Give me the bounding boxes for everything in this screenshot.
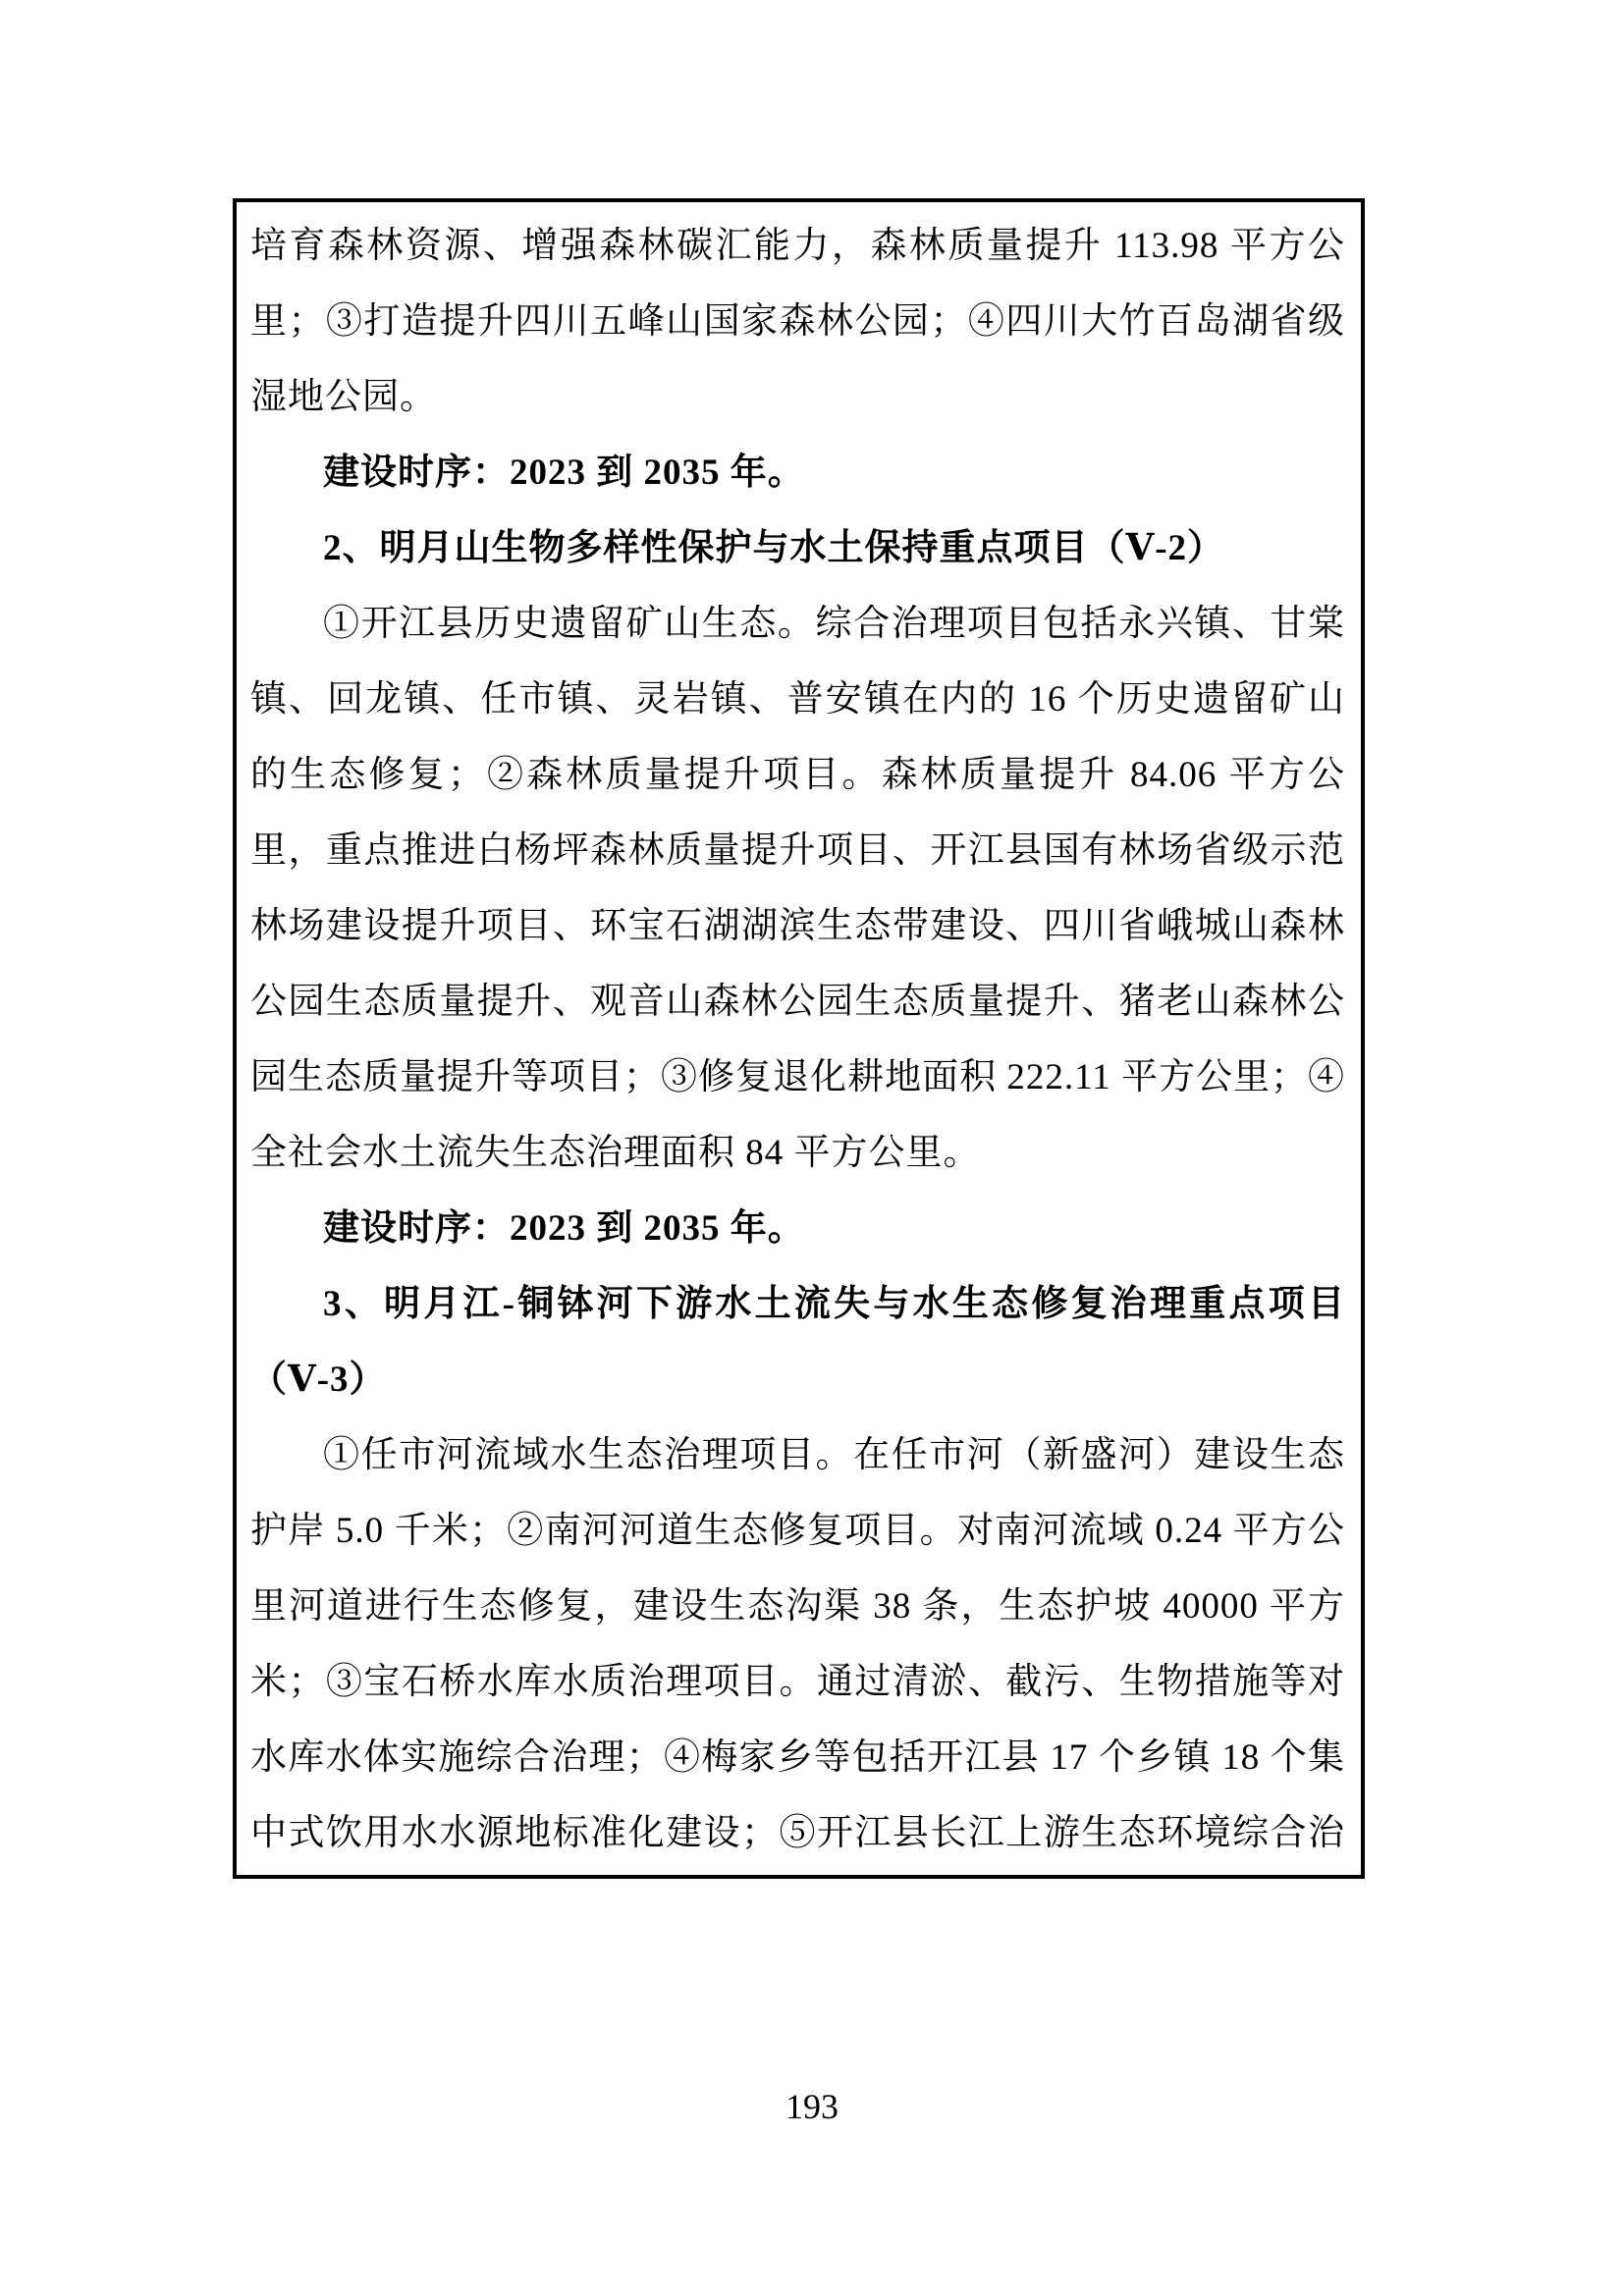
page-number: 193 [0, 2087, 1624, 2126]
paragraph-section-v2: ①开江县历史遗留矿山生态。综合治理项目包括永兴镇、甘棠镇、回龙镇、任市镇、灵岩镇… [250, 586, 1345, 1191]
schedule-line-2: 建设时序：2023 到 2035 年。 [250, 1191, 1345, 1266]
section-heading-v3: 3、明月江-铜钵河下游水土流失与水生态修复治理重点项目（Ⅴ-3） [250, 1266, 1345, 1417]
document-page: 培育森林资源、增强森林碳汇能力，森林质量提升 113.98 平方公里；③打造提升… [0, 0, 1624, 2296]
section-heading-v2: 2、明月山生物多样性保护与水土保持重点项目（Ⅴ-2） [250, 510, 1345, 586]
content-box: 培育森林资源、增强森林碳汇能力，森林质量提升 113.98 平方公里；③打造提升… [233, 198, 1365, 1879]
paragraph-continuation: 培育森林资源、增强森林碳汇能力，森林质量提升 113.98 平方公里；③打造提升… [250, 208, 1345, 435]
schedule-line-1: 建设时序：2023 到 2035 年。 [250, 435, 1345, 510]
paragraph-section-v3: ①任市河流域水生态治理项目。在任市河（新盛河）建设生态护岸 5.0 千米；②南河… [250, 1417, 1345, 1879]
